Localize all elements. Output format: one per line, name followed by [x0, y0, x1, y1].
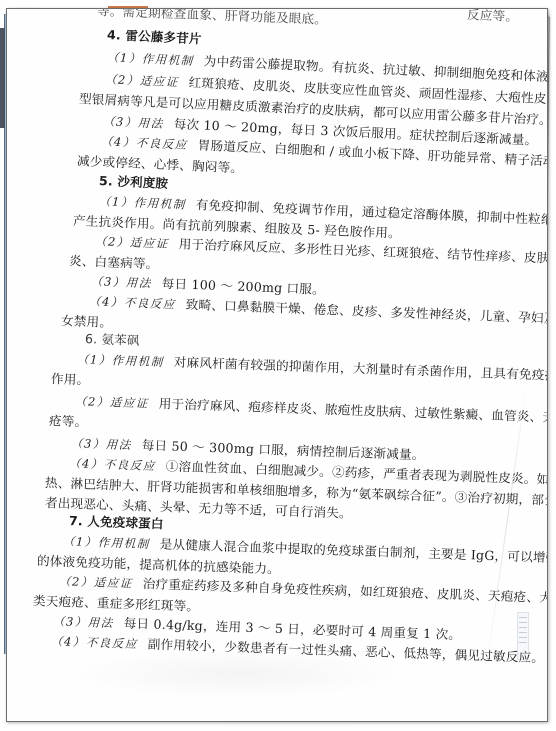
item-label: （1）作用机制 [77, 352, 164, 369]
item-text: 治疗重症药疹及多种自身免疫性疾病，如红斑狼疮、皮肌炎、天疱疮、大疱性 [143, 576, 548, 606]
item-label: （4）不良反应 [89, 294, 176, 311]
item-text: 用于治疗麻风、疱疹样皮炎、脓疱性皮肤病、过敏性紫癜、血管炎、天疱 [159, 396, 548, 425]
section-heading: 5. 沙利度胺 [99, 173, 169, 192]
item-label: （2）适应证 [105, 72, 179, 89]
page-tab-edge [108, 0, 148, 8]
item-label: （3）用法 [103, 114, 164, 131]
item-continuation: 作用。 [51, 371, 90, 388]
item-continuation: 类天疱疮、重症多形红斑等。 [33, 593, 200, 615]
fragment-text: 反应等。 [467, 8, 519, 24]
item-line: （1）作用机制对麻风杆菌有较强的抑菌作用，大剂量时有杀菌作用，且具有免疫抑制 [77, 351, 548, 384]
item-continuation: 女禁用。 [61, 313, 113, 331]
section-heading: 4. 雷公藤多苷片 [107, 27, 202, 47]
item-line: （4）不良反应致畸、口鼻黏膜干燥、倦怠、皮疹、多发性神经炎，儿童、孕妇及哺乳期妇 [89, 293, 548, 329]
item-text: 用于治疗麻风反应、多形性日光疹、红斑狼疮、结节性痒疹、皮肤变应性血 [178, 236, 548, 267]
item-line: （2）适应证用于治疗麻风、疱疹样皮炎、脓疱性皮肤病、过敏性紫癜、血管炎、天疱 [75, 393, 548, 426]
item-label: （1）作用机制 [99, 194, 186, 212]
fragment-text: 等。需定期检查血象、肝肾功能及眼底。 [97, 8, 328, 27]
item-label: （3）用法 [53, 614, 114, 630]
item-continuation: 炎、白塞病等。 [69, 253, 159, 272]
book-page: 等。需定期检查血象、肝肾功能及眼底。 反应等。 等。等。需定期检查血象、肝肾功能… [6, 8, 548, 722]
item-label: （1）作用机制 [107, 50, 194, 68]
section-heading: 7. 人免疫球蛋白 [69, 513, 164, 532]
item-text: 致畸、口鼻黏膜干燥、倦怠、皮疹、多发性神经炎，儿童、孕妇及哺乳期妇 [185, 297, 548, 328]
text-line: 反应等。 [467, 8, 519, 25]
binding-edge [0, 28, 5, 128]
item-continuation: 疮等。 [49, 413, 88, 430]
section-heading: 6. 氨苯砜 [85, 331, 140, 349]
text-line: 等。需定期检查血象、肝肾功能及眼底。 [97, 8, 328, 28]
item-label: （4）不良反应 [101, 134, 188, 152]
item-text: 对麻风杆菌有较强的抑菌作用，大剂量时有杀菌作用，且具有免疫抑制 [174, 354, 548, 383]
item-label: （1）作用机制 [63, 534, 150, 551]
item-label: （4）不良反应 [69, 456, 156, 473]
item-text: 每日 100 ～ 200mg 口服。 [162, 276, 326, 297]
item-label: （4）不良反应 [51, 634, 138, 651]
item-label: （2）适应证 [95, 234, 169, 251]
item-label: （3）用法 [71, 436, 132, 452]
item-label: （3）用法 [91, 274, 152, 290]
item-label: （2）适应证 [75, 394, 149, 411]
item-label: （2）适应证 [59, 574, 133, 591]
